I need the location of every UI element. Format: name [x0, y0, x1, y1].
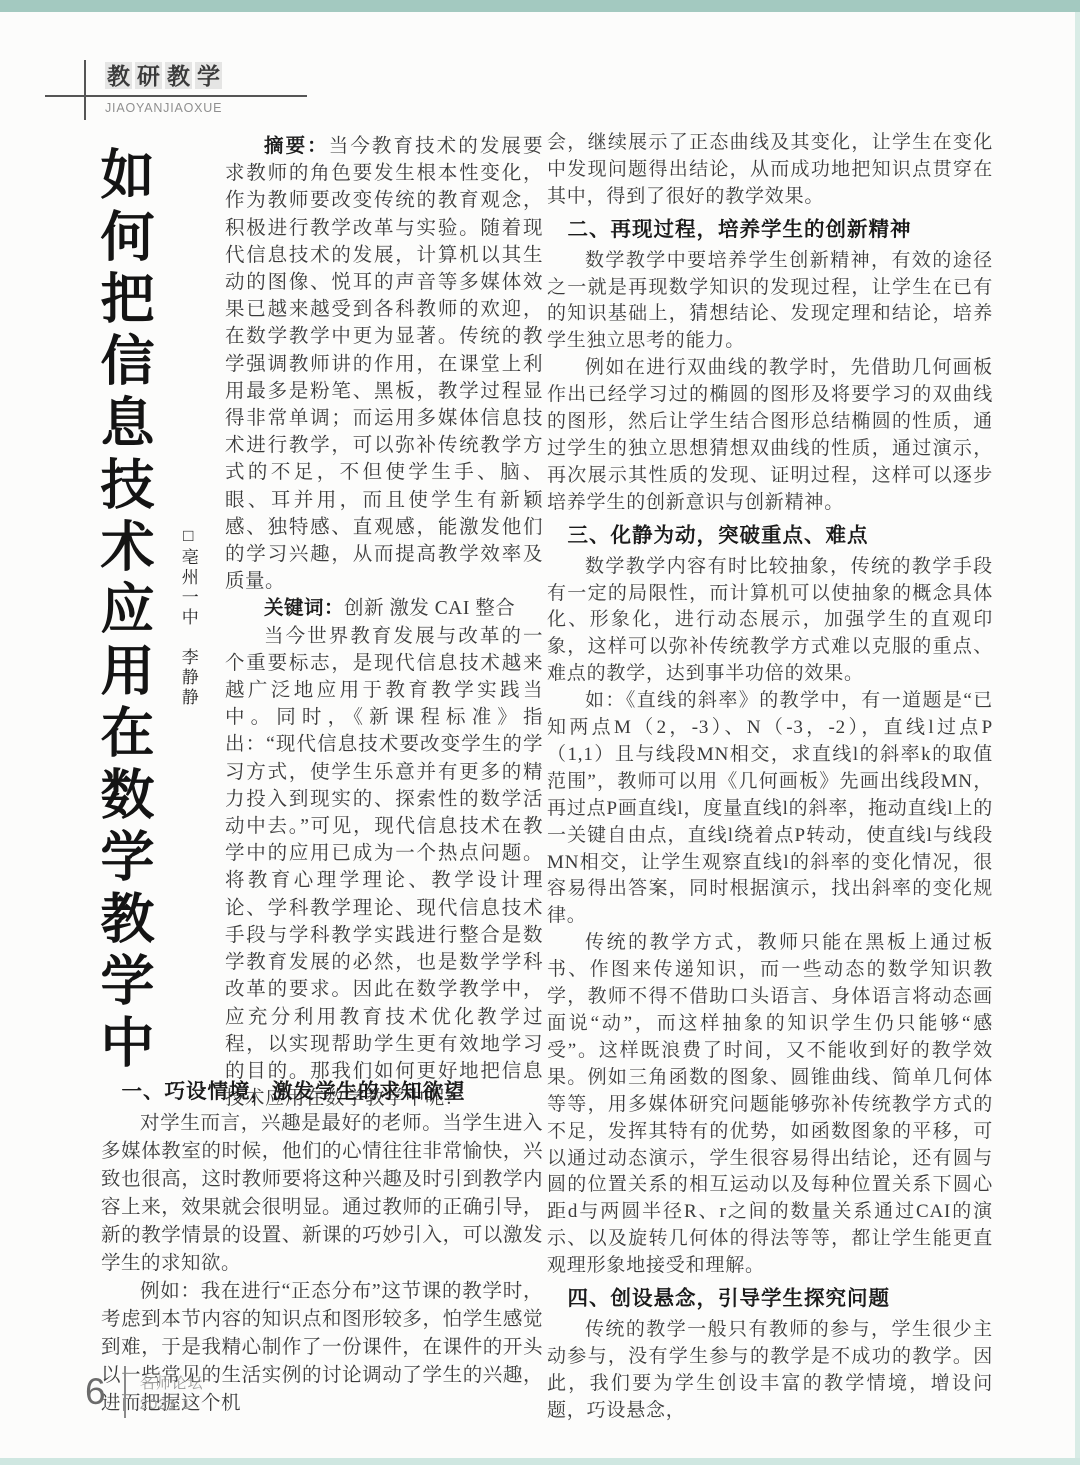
journal-name: 名师论坛	[140, 1372, 204, 1393]
header-vertical-rule	[84, 60, 86, 120]
header-horizontal-rule	[45, 95, 307, 97]
category-char: 研	[135, 62, 162, 89]
scan-edge-right	[1075, 12, 1080, 1458]
category-char: 学	[195, 62, 222, 89]
footer-divider	[124, 1366, 126, 1418]
section2-heading: 二、再现过程，培养学生的创新精神	[547, 217, 993, 244]
category-char: 教	[165, 62, 192, 89]
abstract-column: 摘要：当今教育技术的发展要求教师的角色要发生根本性变化，作为教师要改变传统的教育…	[225, 133, 543, 1112]
page-number: 6	[85, 1371, 106, 1413]
author-byline: □亳州一中 李静静	[176, 526, 200, 708]
intro-paragraph: 当今世界教育发展与改革的一个重要标志，是现代信息技术越来越广泛地应用于教育教学实…	[225, 623, 543, 1113]
journal-page: 教 研 教 学 JIAOYANJIAOXUE 如何把信息技术应用在数学教学中 □…	[0, 0, 1080, 1465]
abstract-paragraph: 摘要：当今教育技术的发展要求教师的角色要发生根本性变化，作为教师要改变传统的教育…	[225, 133, 543, 595]
scan-edge-bottom	[0, 1458, 1080, 1465]
right-column: 会，继续展示了正态曲线及其变化，让学生在变化中发现问题得出结论，从而成功地把知识…	[547, 130, 993, 1425]
issue-date: 2021.1	[140, 1396, 204, 1413]
section2-paragraph: 数学教学中要培养学生创新精神，有效的途径之一就是再现数学知识的发现过程，让学生在…	[547, 248, 993, 356]
section3-paragraph: 数学教学内容有时比较抽象，传统的教学手段有一定的局限性，而计算机可以使抽象的概念…	[547, 554, 993, 689]
section1-paragraph: 对学生而言，兴趣是最好的老师。当学生进入多媒体教室的时候，他们的心情往往非常愉快…	[101, 1110, 543, 1278]
section1-paragraph-continued: 会，继续展示了正态曲线及其变化，让学生在变化中发现问题得出结论，从而成功地把知识…	[547, 130, 993, 211]
section4-paragraph: 传统的教学一般只有教师的参与，学生很少主动参与，没有学生参与的教学是不成功的教学…	[547, 1317, 993, 1425]
keywords-paragraph: 关键词：创新 激发 CAI 整合	[225, 595, 543, 622]
section3-paragraph: 传统的教学方式，教师只能在黑板上通过板书、作图来传递知识，而一些动态的数学知识教…	[547, 930, 993, 1280]
abstract-text: 当今教育技术的发展要求教师的角色要发生根本性变化，作为教师要改变传统的教育观念，…	[225, 136, 543, 592]
section4-heading: 四、创设悬念，引导学生探究问题	[547, 1286, 993, 1313]
section1-heading: 一、巧设情境，激发学生的求知欲望	[101, 1078, 543, 1106]
abstract-label: 摘要：	[264, 135, 329, 157]
footer-journal-info: 名师论坛 2021.1	[140, 1372, 204, 1413]
section3-paragraph: 如：《直线的斜率》的教学中，有一道题是“已知两点M（2，-3）、N（-3，-2）…	[547, 688, 993, 930]
scan-edge-top	[0, 0, 1080, 12]
category-badge: 教 研 教 学	[105, 62, 222, 89]
category-pinyin: JIAOYANJIAOXUE	[105, 101, 222, 115]
category-char: 教	[105, 62, 132, 89]
section2-paragraph: 例如在进行双曲线的教学时，先借助几何画板作出已经学习过的椭圆的图形及将要学习的双…	[547, 355, 993, 516]
section3-heading: 三、化静为动，突破重点、难点	[547, 523, 993, 550]
keywords-label: 关键词：	[264, 597, 344, 619]
article-title-vertical: 如何把信息技术应用在数学教学中	[96, 146, 150, 1076]
keywords-text: 创新 激发 CAI 整合	[344, 598, 515, 619]
page-footer: 6 名师论坛 2021.1	[85, 1366, 204, 1418]
